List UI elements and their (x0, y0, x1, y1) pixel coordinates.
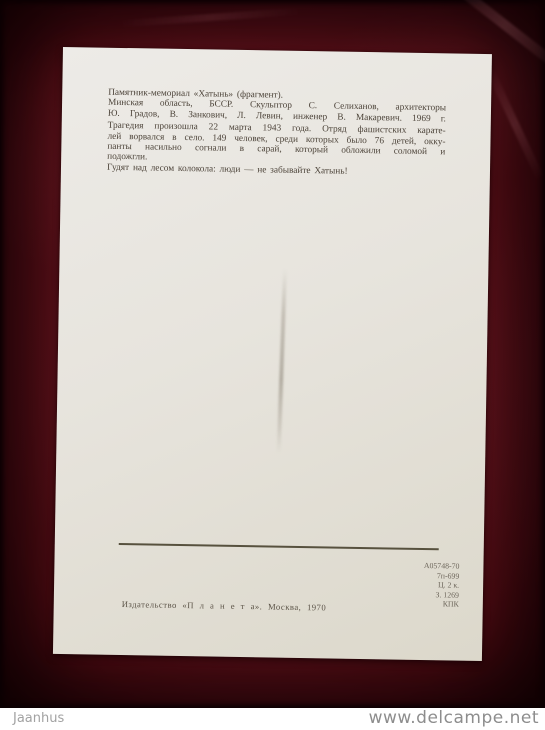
postcard-back: Памятник-мемориал «Хатынь» (фрагмент). М… (53, 47, 492, 661)
listing-photo-frame: Памятник-мемориал «Хатынь» (фрагмент). М… (0, 0, 545, 730)
leather-crease (120, 8, 300, 28)
print-code-line: 7п-699 (424, 571, 460, 581)
seller-watermark: Jaanhus (13, 711, 64, 726)
publisher-imprint: Издательство «П л а н е т а». Москва, 19… (122, 599, 327, 612)
leather-crease (486, 68, 544, 180)
print-code-line: З. 1269 (423, 590, 459, 600)
address-divider-line (119, 543, 439, 550)
print-code-line: Ц. 2 к. (424, 580, 460, 590)
paper-smudge (277, 269, 287, 454)
watermark-strip: Jaanhus www.delcampe.net (0, 708, 545, 730)
print-code-line: А05748-70 (424, 561, 460, 571)
print-code-line: КПК (423, 599, 459, 609)
print-codes-block: А05748-70 7п-699 Ц. 2 к. З. 1269 КПК (423, 561, 459, 610)
postcard-caption: Памятник-мемориал «Хатынь» (фрагмент). М… (107, 88, 446, 179)
delcampe-watermark: www.delcampe.net (369, 708, 539, 728)
leather-background-photo: Памятник-мемориал «Хатынь» (фрагмент). М… (0, 0, 545, 708)
